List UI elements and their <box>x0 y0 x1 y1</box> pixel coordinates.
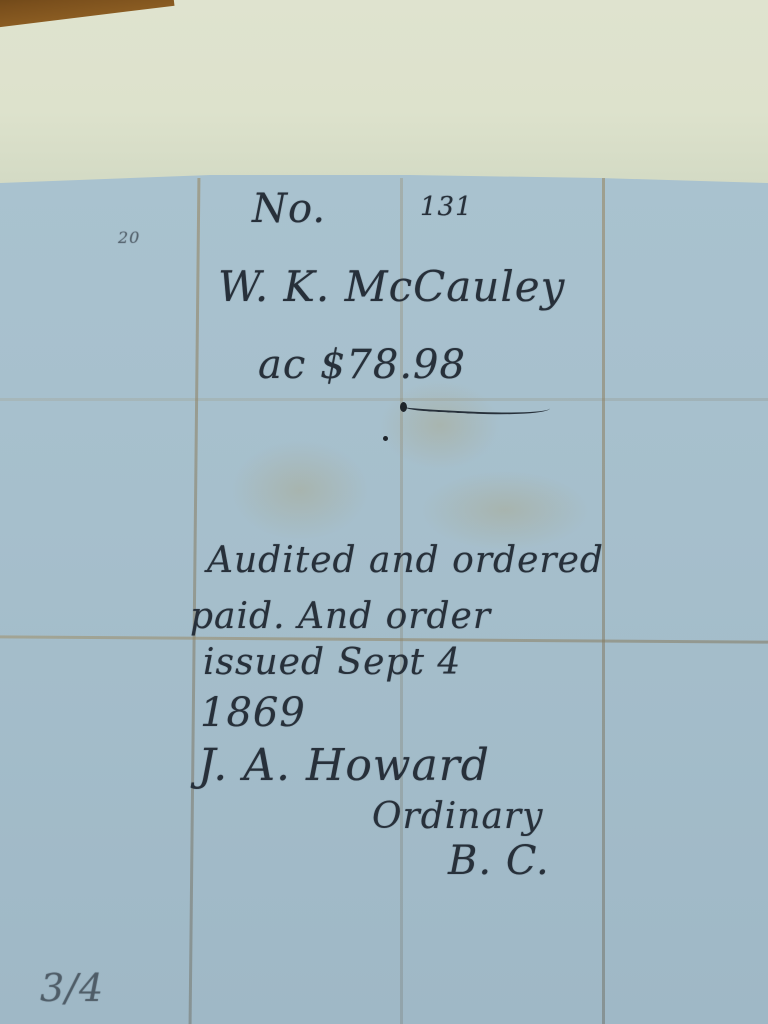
voucher-number: 131 <box>420 192 473 222</box>
signature-county: B. C. <box>448 838 550 884</box>
amount-line: ac $78.98 <box>258 342 466 388</box>
body-line-year: 1869 <box>200 690 306 736</box>
fold-line-horizontal <box>0 398 768 401</box>
stain <box>380 380 500 470</box>
payee-name: W. K. McCauley <box>218 262 565 311</box>
body-line-1: Audited and ordered <box>207 540 604 581</box>
margin-note-top-left: 20 <box>118 228 140 247</box>
margin-note-bottom-left: 3/4 <box>40 966 104 1010</box>
signature-name: J. A. Howard <box>198 740 490 791</box>
stain <box>420 470 590 550</box>
body-line-3: issued Sept 4 <box>203 642 461 683</box>
body-line-2: paid. And order <box>190 596 491 637</box>
signature-title: Ordinary <box>372 796 543 837</box>
ink-blot <box>400 402 407 412</box>
background-surface <box>0 0 768 185</box>
voucher-number-label: No. <box>252 186 326 232</box>
ink-blot <box>383 436 388 441</box>
stain <box>230 440 370 540</box>
fold-line-vertical <box>602 178 605 1024</box>
